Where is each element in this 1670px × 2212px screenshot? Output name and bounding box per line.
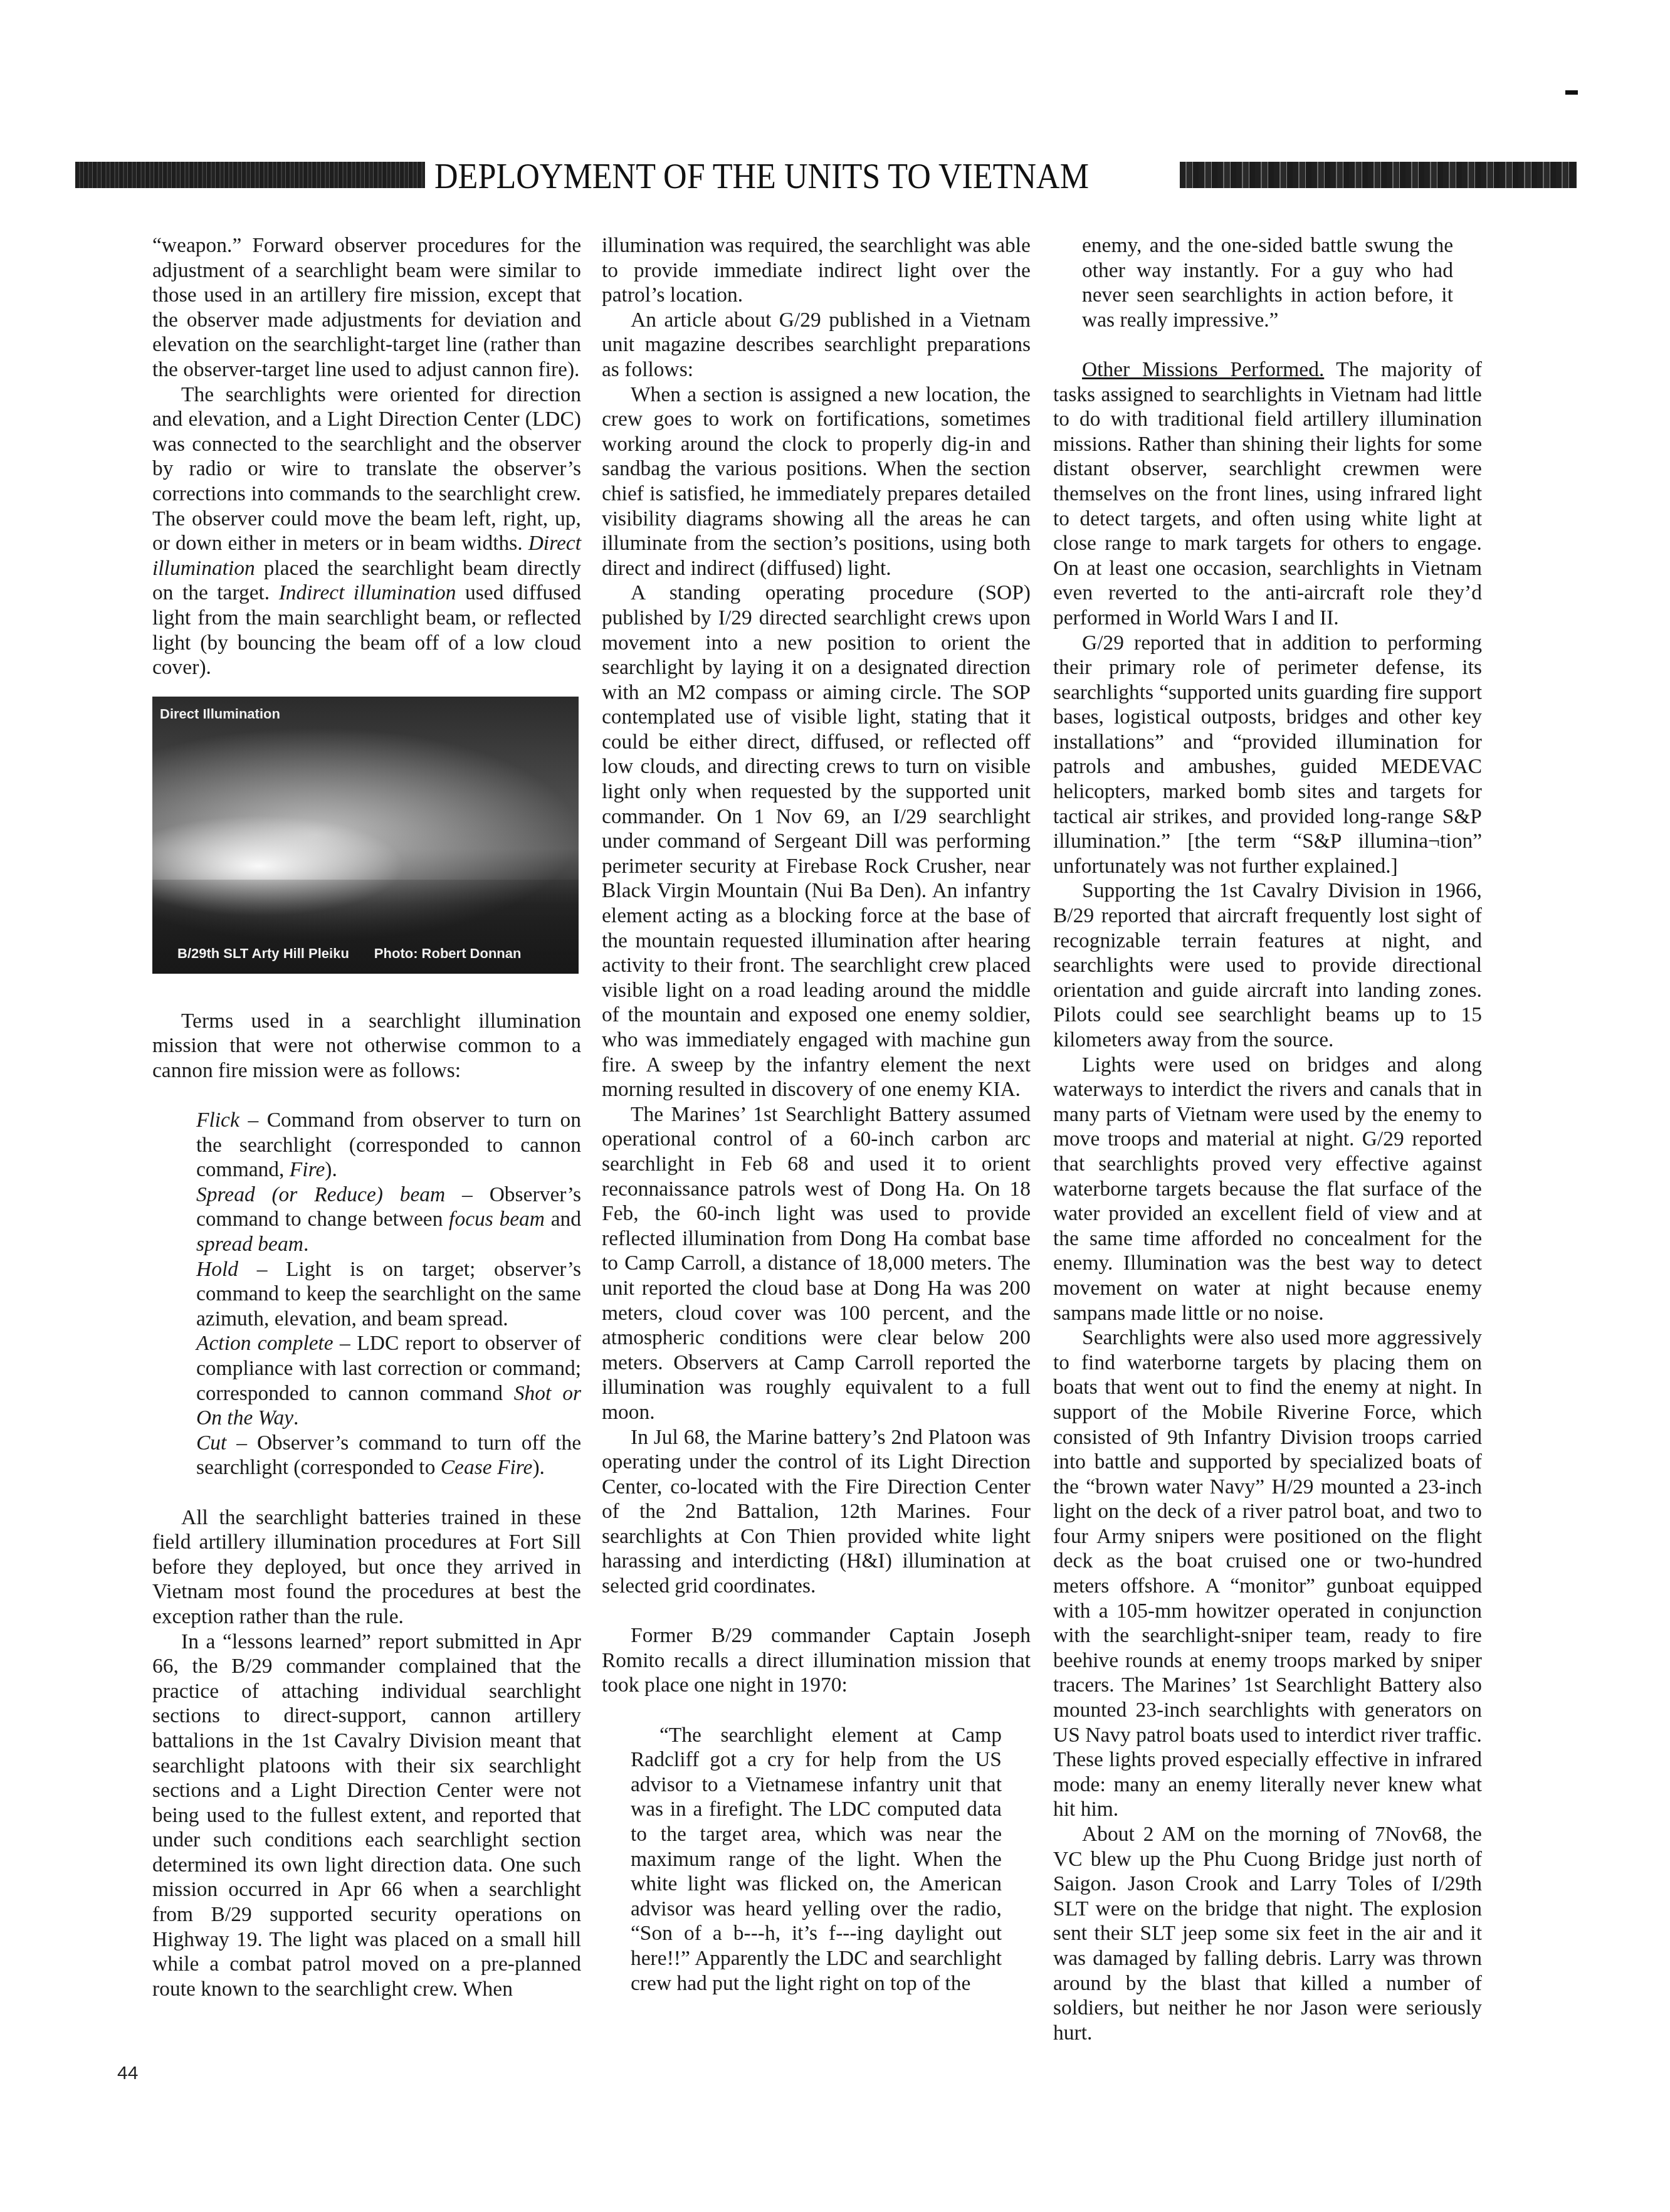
- paragraph: About 2 AM on the morning of 7Nov68, the…: [1053, 1822, 1482, 2045]
- term-indirect-illumination: Indirect illumination: [279, 581, 456, 604]
- paragraph: In Jul 68, the Marine battery’s 2nd Plat…: [602, 1425, 1031, 1599]
- block-quote-article: When a section is assigned a new locatio…: [602, 382, 1031, 581]
- paragraph: All the searchlight batteries trained in…: [152, 1505, 581, 1630]
- header-bar-left: [75, 162, 425, 188]
- column-middle: illumination was required, the searchlig…: [602, 233, 1031, 1996]
- paragraph: Other Missions Performed. The majority o…: [1053, 357, 1482, 631]
- term-definition: Hold – Light is on target; observer’s co…: [152, 1257, 581, 1332]
- photo-location: B/29th SLT Arty Hill Pleiku: [177, 945, 349, 961]
- term-definition: Action complete – LDC report to observer…: [152, 1331, 581, 1430]
- paragraph: A standing operating procedure (SOP) pub…: [602, 581, 1031, 1102]
- section-heading-other-missions: Other Missions Performed.: [1082, 358, 1324, 381]
- paragraph: Searchlights were also used more aggress…: [1053, 1325, 1482, 1822]
- paragraph: G/29 reported that in addition to perfor…: [1053, 631, 1482, 879]
- term-definition: Cut – Observer’s command to turn off the…: [152, 1431, 581, 1480]
- section-title: DEPLOYMENT OF THE UNITS TO VIETNAM: [434, 158, 1122, 191]
- page-number: 44: [117, 2063, 138, 2084]
- paragraph: The Marines’ 1st Searchlight Battery ass…: [602, 1102, 1031, 1425]
- paragraph: Former B/29 commander Captain Joseph Rom…: [602, 1623, 1031, 1698]
- scan-mark: [1565, 90, 1578, 95]
- section-header: DEPLOYMENT OF THE UNITS TO VIETNAM: [75, 158, 1577, 191]
- paragraph: Lights were used on bridges and along wa…: [1053, 1053, 1482, 1326]
- paragraph: An article about G/29 published in a Vie…: [602, 308, 1031, 382]
- term-definition: Spread (or Reduce) beam – Observer’s com…: [152, 1182, 581, 1257]
- photo-direct-illumination: Direct Illumination B/29th SLT Arty Hill…: [152, 697, 579, 974]
- paragraph: illumination was required, the searchlig…: [602, 233, 1031, 308]
- photo-title: Direct Illumination: [160, 702, 280, 727]
- paragraph: Supporting the 1st Cavalry Division in 1…: [1053, 878, 1482, 1052]
- column-right: enemy, and the one-sided battle swung th…: [1053, 233, 1482, 2045]
- photo-credit: Photo: Robert Donnan: [374, 945, 522, 961]
- paragraph: Terms used in a searchlight illumination…: [152, 1009, 581, 1083]
- paragraph: The searchlights were oriented for direc…: [152, 382, 581, 680]
- photo-caption: B/29th SLT Arty Hill PleikuPhoto: Robert…: [177, 941, 521, 966]
- term-definition: Flick – Command from observer to turn on…: [152, 1108, 581, 1182]
- column-left: “weapon.” Forward observer procedures fo…: [152, 233, 581, 2001]
- block-quote-romito: “The searchlight element at Camp Radclif…: [602, 1723, 1031, 1996]
- block-quote-romito-end: enemy, and the one-sided battle swung th…: [1053, 233, 1482, 332]
- paragraph: “weapon.” Forward observer procedures fo…: [152, 233, 581, 382]
- header-bar-right: [1180, 162, 1577, 188]
- paragraph: In a “lessons learned” report submitted …: [152, 1630, 581, 2002]
